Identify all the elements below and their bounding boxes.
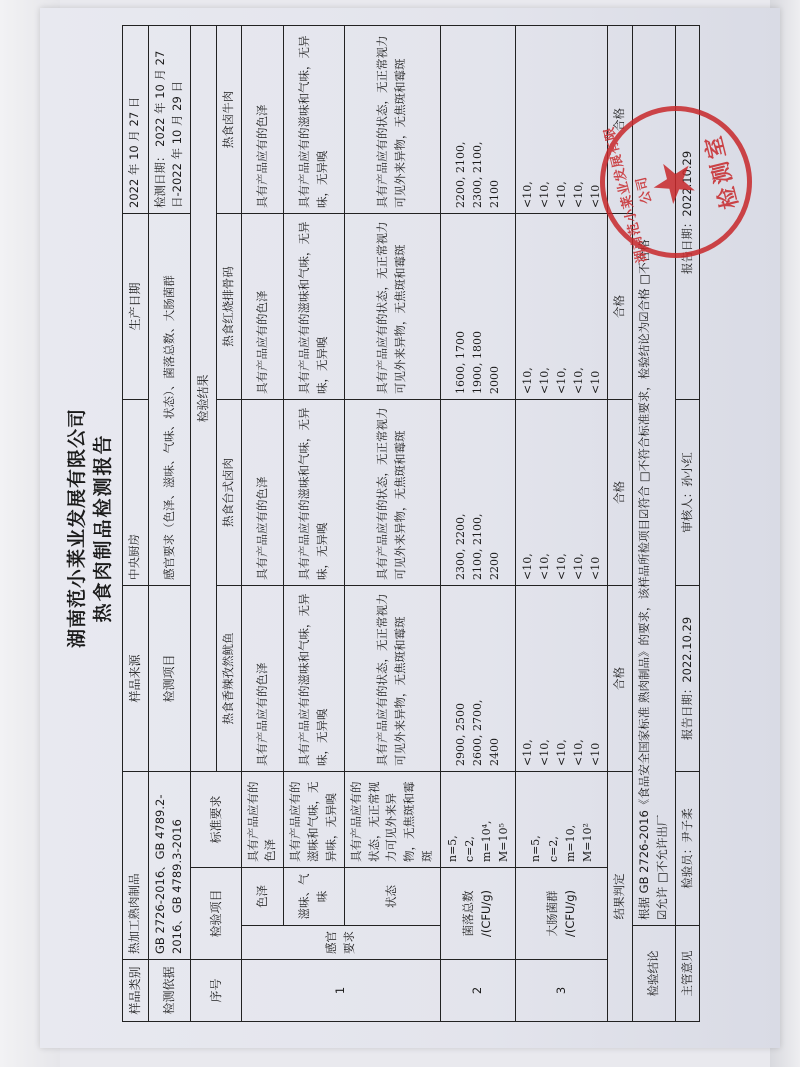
standard-cell: 具有产品应有的滋味和气味，无异味，无异嗅 [284,772,344,868]
result-cell: 具有产品应有的色泽 [241,400,284,586]
judgement-label: 结果判定 [608,772,633,1022]
result-cell: 2200, 2100, 2300, 2100, 2100 [440,26,515,214]
result-cell: <10, <10, <10, <10, <10 [515,400,607,586]
standard-cell: 具有产品应有的状态，无正常视力可见外来异物，无焦斑和霉斑 [344,772,440,868]
info-row-2: 检测依据 GB 2726-2016、GB 4789.2-2016、GB 4789… [148,26,191,1022]
basis-label: 检测依据 [148,960,191,1022]
result-cell: 具有产品应有的滋味和气味，无异味，无异嗅 [284,400,344,586]
standard-cell: 具有产品应有的色泽 [241,772,284,868]
sample-source-label: 样品来源 [123,586,149,772]
group-cell: 感官要求 [241,926,440,960]
result-cell: <10, <10, <10, <10, <10 [515,26,607,214]
result-cell: 具有产品应有的色泽 [241,214,284,400]
result-cell: 2300, 2200, 2100, 2100, 2200 [440,400,515,586]
item-cell: 色泽 [241,868,284,926]
table-row: 状态 具有产品应有的状态，无正常视力可见外来异物，无焦斑和霉斑 具有产品应有的状… [344,26,440,1022]
result-cell: 具有产品应有的状态，无正常视力可见外来异物，无焦斑和霉斑 [344,586,440,772]
report-date: 报告日期：2022.10.29 [675,586,700,772]
standard-cell: n=5, c=2, m=10⁴, M=10⁵ [440,772,515,868]
result-cell: 1600, 1700 1900, 1800 2000 [440,214,515,400]
table-row: 1 感官要求 色泽 具有产品应有的色泽 具有产品应有的色泽 具有产品应有的色泽 … [241,26,284,1022]
result-cell: 具有产品应有的滋味和气味，无异味，无异嗅 [284,586,344,772]
test-date-label: 检测日期 [153,162,167,208]
inspector: 检验员：尹子柔 [675,772,700,926]
result-cell: 具有产品应有的状态，无正常视力可见外来异物，无焦斑和霉斑 [344,214,440,400]
result-cell: 具有产品应有的状态，无正常视力可见外来异物，无焦斑和霉斑 [344,400,440,586]
report-paper: 湖南范小莱业发展有限公司 热食肉制品检测报告 样品类别 热加工熟肉制品 样品来源… [40,8,780,1048]
table-row: 滋味、气味 具有产品应有的滋味和气味，无异味，无异嗅 具有产品应有的滋味和气味，… [284,26,344,1022]
result-cell: 具有产品应有的色泽 [241,26,284,214]
header-row: 序号 检验项目 标准要求 检验结果 [191,26,217,1022]
result-cell: 具有产品应有的滋味和气味，无异味，无异嗅 [284,214,344,400]
sample-category: 热加工熟肉制品 [123,772,149,960]
result-cell: 具有产品应有的滋味和气味，无异味，无异嗅 [284,26,344,214]
sample-name: 热食红烧排骨码 [216,214,241,400]
item-cell: 滋味、气味 [284,868,344,926]
standard-cell: n=5, c=2, m=10, M=10² [515,772,607,868]
judgement-value: 合格 [608,586,633,772]
item-header: 检验项目 [191,868,241,960]
seq-cell: 2 [440,960,515,1022]
item-cell: 状态 [344,868,440,926]
basis: GB 2726-2016、GB 4789.2-2016、GB 4789.3-20… [148,772,191,960]
conclusion-label: 检验结论 [632,926,675,1022]
production-date: 2022 年 10 月 27 日 [123,26,149,214]
judgement-value: 合格 [608,400,633,586]
results-header: 检验结果 [191,26,217,772]
sample-source: 中央厨房 [123,400,149,586]
report-title: 热食肉制品检测报告 [88,8,115,1048]
test-date-block: 检测日期： 2022 年 10 月 27 日-2022 年 10 月 29 日 [148,26,191,214]
production-date-label: 生产日期 [123,214,149,400]
test-items: 感官要求（色泽、滋味、气味、状态）、菌落总数、大肠菌群 [148,214,191,586]
info-row-1: 样品类别 热加工熟肉制品 样品来源 中央厨房 生产日期 2022 年 10 月 … [123,26,149,1022]
supervisor-label: 主管意见 [675,926,700,1022]
result-cell: <10, <10, <10, <10, <10 [515,214,607,400]
table-row: 3 大肠菌群 /(CFU/g) n=5, c=2, m=10, M=10² <1… [515,26,607,1022]
result-cell: 2900, 2500 2600, 2700, 2400 [440,586,515,772]
sample-name: 热食台式卤肉 [216,400,241,586]
sample-name: 热食卤牛肉 [216,26,241,214]
test-items-label: 检测项目 [148,586,191,772]
table-row: 2 菌落总数 /(CFU/g) n=5, c=2, m=10⁴, M=10⁵ 2… [440,26,515,1022]
seq-header: 序号 [191,960,241,1022]
item-cell: 大肠菌群 /(CFU/g) [515,868,607,960]
seq-cell: 1 [241,960,440,1022]
result-cell: 具有产品应有的状态，无正常视力可见外来异物，无焦斑和霉斑 [344,26,440,214]
seq-cell: 3 [515,960,607,1022]
result-cell: 具有产品应有的色泽 [241,586,284,772]
sample-category-label: 样品类别 [123,960,149,1022]
sample-name: 热食香辣孜然鱿鱼 [216,586,241,772]
reviewer: 审核人：孙小红 [675,400,700,586]
item-cell: 菌落总数 /(CFU/g) [440,868,515,960]
result-cell: <10, <10, <10, <10, <10 [515,586,607,772]
company-name: 湖南范小莱业发展有限公司 [62,8,89,1048]
standard-header: 标准要求 [191,772,241,868]
